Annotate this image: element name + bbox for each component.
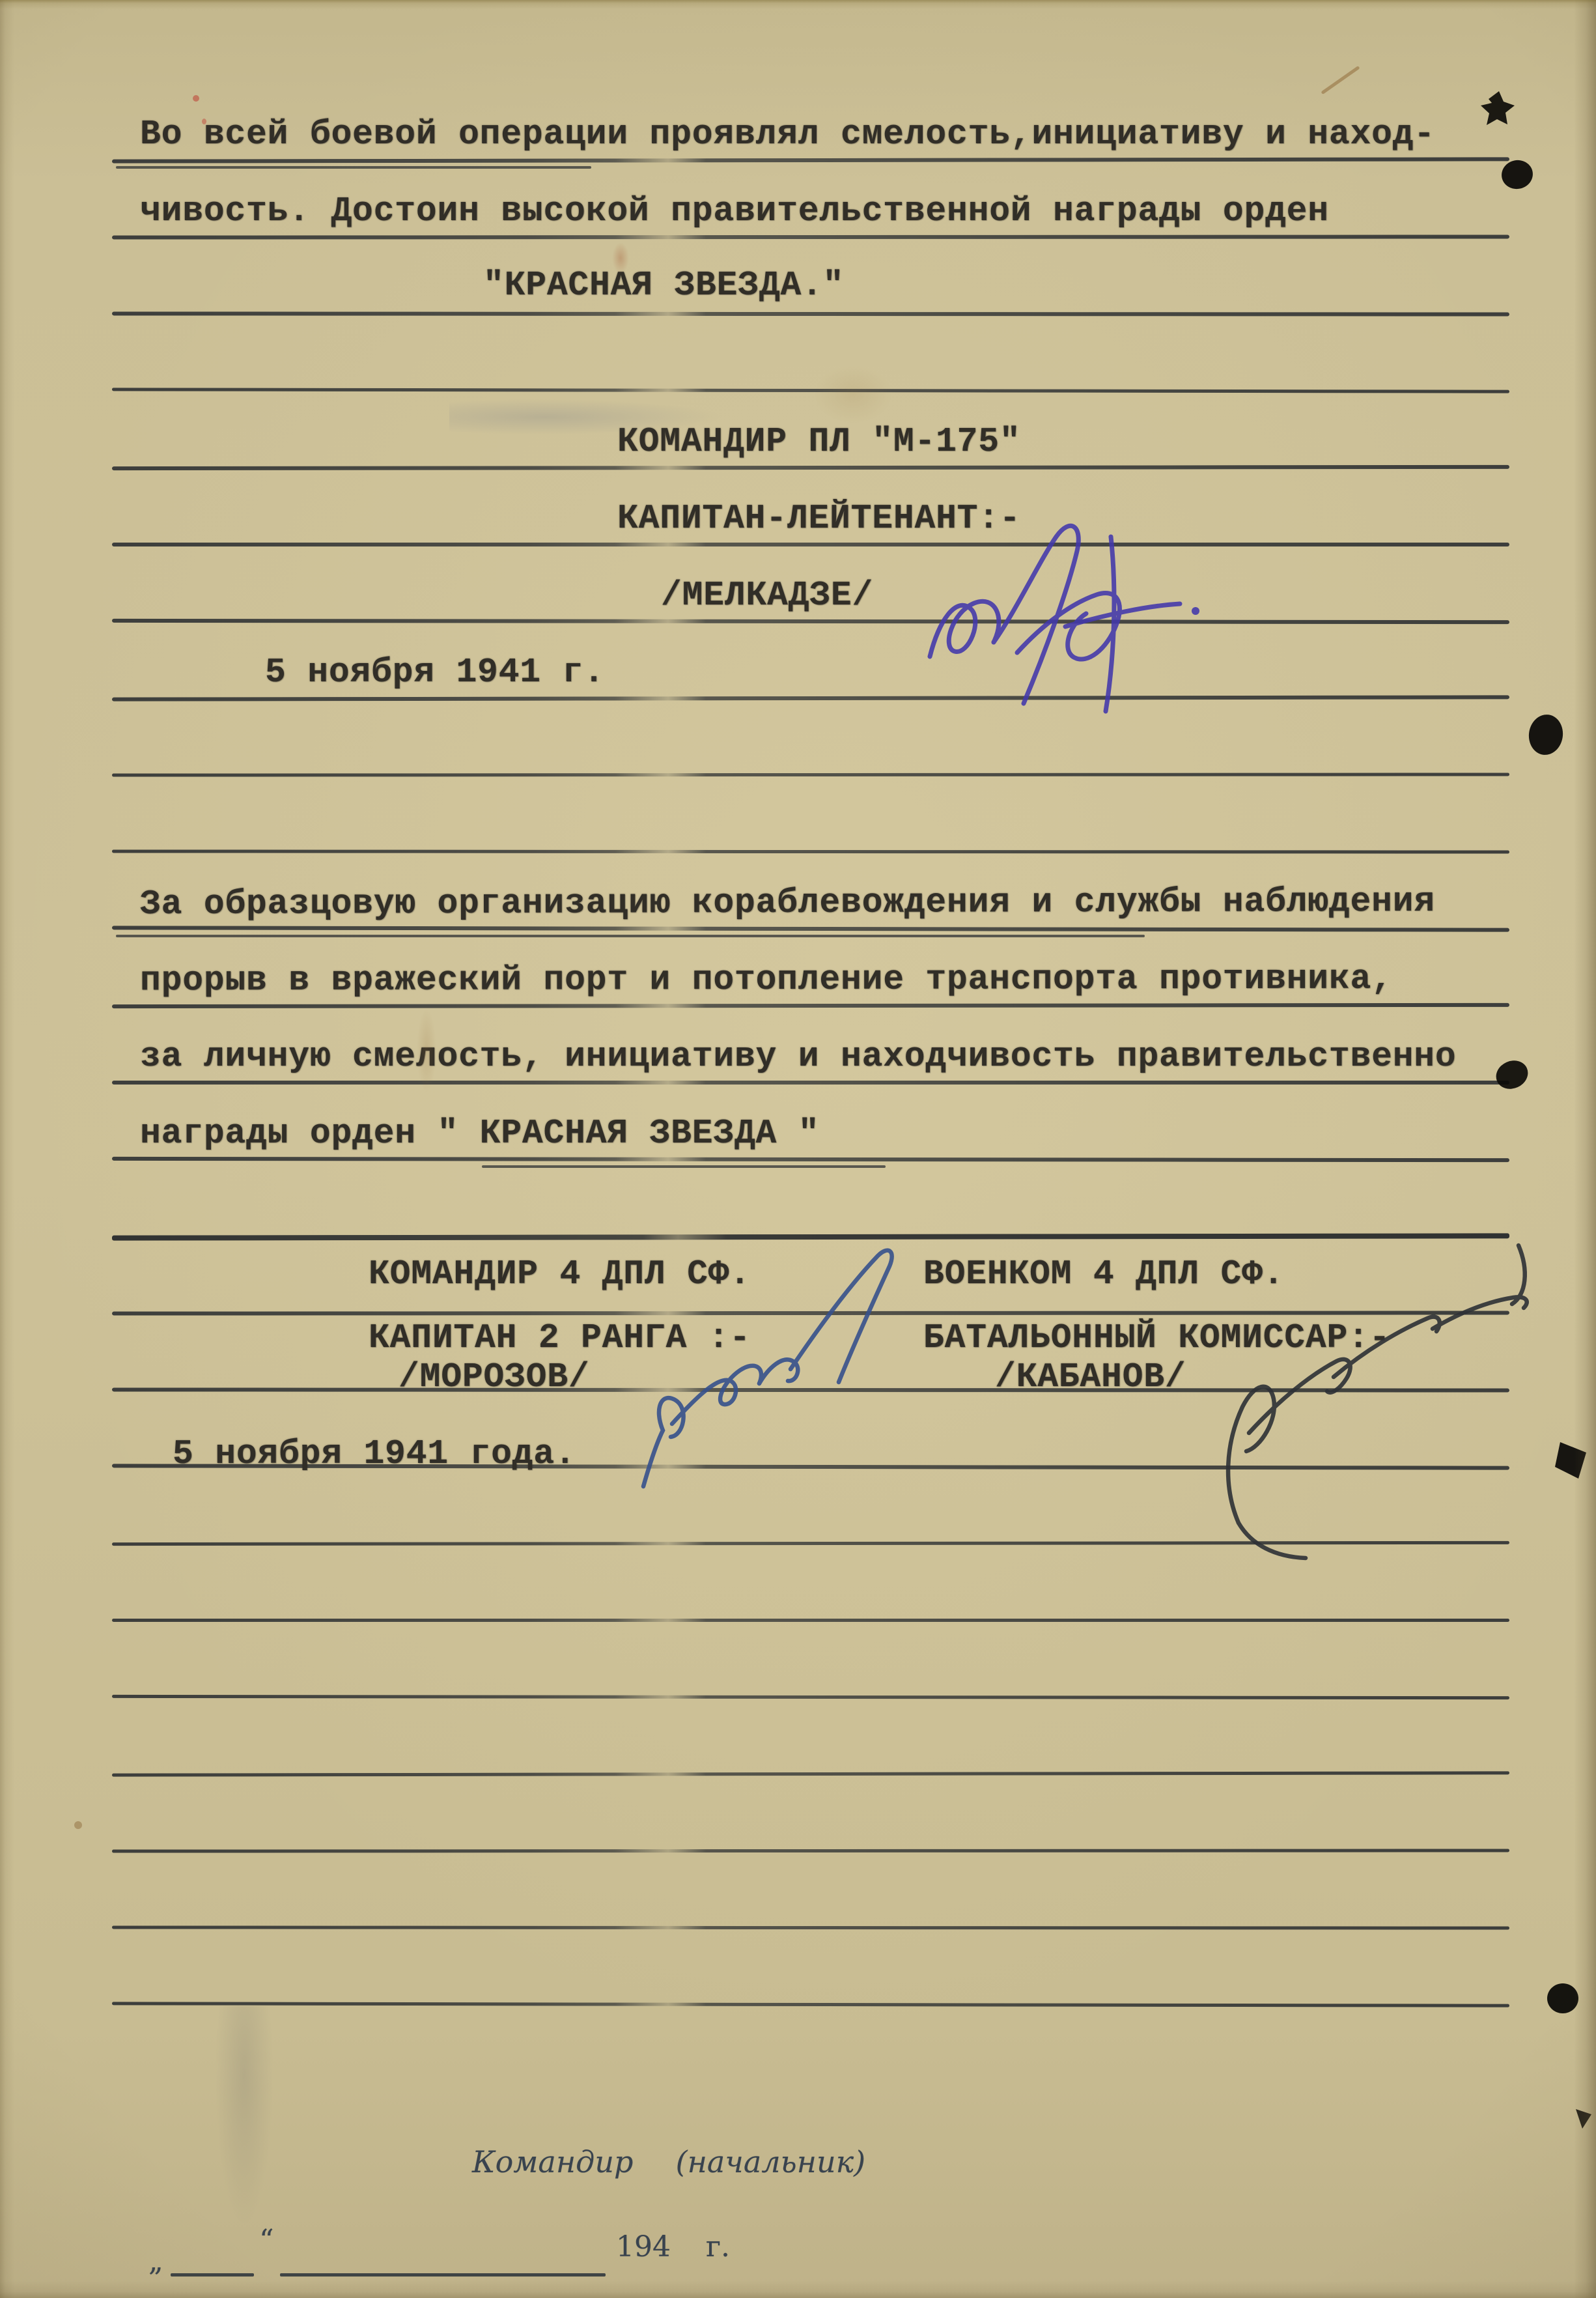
ruled-line (112, 1925, 1509, 1929)
hole-punch-marks (1481, 91, 1591, 2129)
red-speck (193, 95, 199, 102)
printed-close-quote: “ (259, 2224, 274, 2257)
ruled-line (112, 234, 1509, 239)
printed-blank-month (280, 2273, 606, 2277)
typed-underscore (116, 166, 591, 169)
para2-line1: За образцовую организацию кораблевождени… (140, 882, 1435, 924)
paper-stain (814, 365, 892, 423)
officer-right-rank: БАТАЛЬОННЫЙ КОМИССАР:- (923, 1318, 1390, 1357)
officer-left-name: /МОРОЗОВ/ (399, 1357, 589, 1397)
ruled-line (112, 695, 1509, 701)
printed-year-prefix: 194 (616, 2230, 671, 2263)
para2-line4: награды орден " КРАСНАЯ ЗВЕЗДА " (140, 1114, 819, 1153)
ruled-line (112, 926, 1509, 931)
ruled-line (112, 619, 1509, 624)
ruled-line (112, 1771, 1509, 1776)
ruled-line (112, 1081, 1509, 1085)
ruled-line (112, 1311, 1509, 1315)
officer-right-name: /КАБАНОВ/ (995, 1357, 1186, 1397)
printed-signer-label: Командир (начальник) (472, 2144, 865, 2179)
para1-line2: чивость. Достоин высокой правительственн… (140, 191, 1329, 231)
ruled-line (112, 1003, 1509, 1008)
ruled-line (112, 1157, 1509, 1162)
officer-right-title: ВОЕНКОМ 4 ДПЛ СФ. (923, 1255, 1284, 1294)
ruled-line (112, 543, 1509, 546)
melkadze-signature (930, 526, 1199, 711)
sub-commander-rank: КАПИТАН-ЛЕЙТЕНАНТ:- (617, 499, 1021, 538)
ruled-line (112, 2002, 1509, 2007)
award-document-page: Во всей боевой операции проявлял смелост… (0, 0, 1596, 2298)
ruled-line (112, 1541, 1509, 1546)
ruled-line (112, 388, 1509, 393)
printed-year-suffix: г. (706, 2230, 730, 2263)
typed-underscore (116, 935, 1145, 937)
ruled-line (112, 465, 1509, 470)
award-name-line: "КРАСНАЯ ЗВЕЗДА." (483, 266, 844, 305)
ruled-line (112, 849, 1509, 853)
ruled-line (112, 1619, 1509, 1622)
printed-blank-day (171, 2273, 254, 2277)
ruled-line (112, 1695, 1509, 1699)
ruled-line (112, 773, 1509, 776)
sub-commander-title: КОМАНДИР ПЛ "М-175" (617, 422, 1021, 461)
brown-dot (74, 1821, 82, 1829)
ruled-line (112, 1233, 1509, 1240)
sub-commander-name: /МЕЛКАДЗЕ/ (661, 576, 873, 615)
officer-left-rank: КАПИТАН 2 РАНГА :- (369, 1318, 751, 1357)
para2-line2: прорыв в вражеский порт и потопление тра… (140, 959, 1393, 1000)
fiber-fleck (1321, 66, 1360, 94)
ruled-line (112, 311, 1509, 316)
ruled-line (112, 157, 1509, 163)
typed-underscore (482, 1165, 886, 1168)
first-date-line: 5 ноября 1941 г. (265, 653, 605, 692)
officer-left-title: КОМАНДИР 4 ДПЛ СФ. (369, 1255, 751, 1294)
para2-line3: за личную смелость, инициативу и находчи… (140, 1037, 1457, 1076)
printed-open-quote: „ (148, 2245, 163, 2278)
pencil-streak (215, 2006, 273, 2228)
ruled-line (112, 1849, 1509, 1852)
second-date-line: 5 ноября 1941 года. (173, 1434, 576, 1473)
para1-line1: Во всей боевой операции проявлял смелост… (140, 115, 1435, 154)
ruled-line (112, 1387, 1509, 1392)
